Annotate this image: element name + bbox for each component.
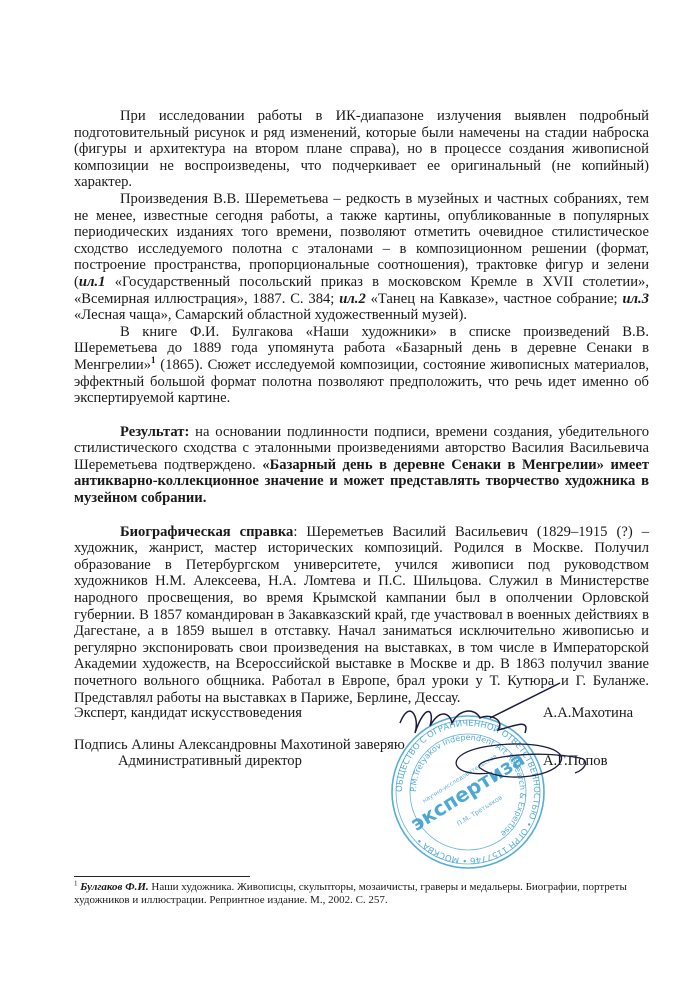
handwritten-signatures-icon [380,678,640,798]
paragraph-stylistic-comparison: Произведения В.В. Шереметьева – редкость… [74,191,649,324]
result-label: Результат: [120,424,189,440]
illustration-ref-2: ил.2 [339,291,366,307]
illustration-ref-1: ил.1 [79,274,106,290]
certify-line: Подпись Алины Александровны Махотиной за… [74,737,405,754]
biography-label: Биографическая справка [120,524,293,540]
paragraph-result: Результат: на основании подлинности подп… [74,424,649,507]
expert-title: Эксперт, кандидат искусствоведения [74,705,302,722]
footnote: 1 Булгаков Ф.И. Наши художника. Живописц… [74,881,634,907]
illustration-ref-3: ил.3 [622,291,649,307]
footnote-number: 1 [74,879,78,887]
text-span: (1865). Сюжет исследуемой композиции, со… [74,357,649,406]
director-title: Административный директор [118,753,302,770]
paragraph-ir-analysis: При исследовании работы в ИК-диапазоне и… [74,108,649,191]
footnote-author: Булгаков Ф.И. [80,881,148,893]
text-span: «Танец на Кавказе», частное собрание; [366,291,623,307]
footnote-separator [74,876,250,877]
text-span: «Лесная чаща», Самарский областной худож… [74,307,467,323]
paragraph-bulgakov-reference: В книге Ф.И. Булгакова «Наши художники» … [74,324,649,407]
spacer [74,407,649,424]
footnote-text: Наши художника. Живописцы, скульпторы, м… [74,881,627,906]
spacer [74,507,649,524]
document-body: При исследовании работы в ИК-диапазоне и… [74,108,649,706]
